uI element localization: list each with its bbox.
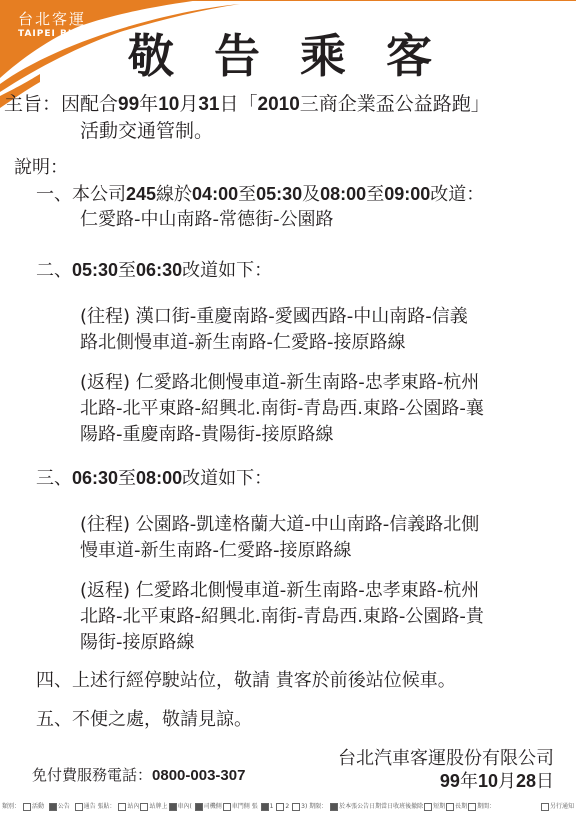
item-3-return-1: (返程) 仁愛路北側慢車道-新生南路-忠孝東路-杭州 <box>80 579 479 603</box>
strip-label: 司機側 <box>204 803 222 810</box>
taipei-bus-logo: 台北客運 TAIPEI BUS <box>18 10 86 40</box>
strip-label: 長期 <box>455 803 467 810</box>
item-number: 二、 <box>36 260 72 281</box>
item-5: 五、不便之處，敬請見諒。 <box>36 708 252 732</box>
subject-year: 99 <box>118 94 139 115</box>
item-text: 至 <box>118 468 136 489</box>
strip-label: 1 <box>270 803 274 810</box>
subject-text: 年 <box>139 93 158 115</box>
item-number: 三、 <box>36 468 72 489</box>
item-3: 三、06:30至08:00改道如下： <box>36 466 272 491</box>
time: 09:00 <box>384 184 430 204</box>
date-day: 28 <box>516 771 536 791</box>
explanation-label: 說明： <box>14 156 68 180</box>
checkbox-activity <box>23 803 31 811</box>
date-year: 99 <box>440 771 460 791</box>
item-text: 及 <box>302 184 320 205</box>
strip-label: 3) 期限： <box>301 803 327 810</box>
date-text: 日 <box>536 771 554 792</box>
checkbox-announcement <box>49 803 57 811</box>
item-1: 一、本公司245線於04:00至05:30及08:00至09:00改道： <box>36 182 484 207</box>
strip-label: 公告 <box>58 803 70 810</box>
subject-text: 月 <box>179 93 198 115</box>
strip-label: 另行通知 <box>550 803 574 810</box>
subject-day: 31 <box>198 94 219 115</box>
item-text: 至 <box>118 260 136 281</box>
strip-label: 期間： <box>477 803 495 810</box>
time: 08:00 <box>320 184 366 204</box>
item-number: 一、 <box>36 184 72 205</box>
item-text: 改道： <box>430 184 484 205</box>
checkbox-in-bus <box>169 803 177 811</box>
service-phone: 免付費服務電話：0800-003-307 <box>32 764 245 785</box>
item-text: 改道如下： <box>182 468 272 489</box>
time: 06:30 <box>136 260 182 280</box>
item-text: 至 <box>366 184 384 205</box>
logo-english: TAIPEI BUS <box>18 28 86 40</box>
time: 05:30 <box>256 184 302 204</box>
item-2-return-1: (返程) 仁愛路北側慢車道-新生南路-忠孝東路-杭州 <box>80 371 479 395</box>
date-text: 年 <box>460 771 478 792</box>
phone-label: 免付費服務電話： <box>32 766 152 784</box>
subject-line-2: 活動交通管制。 <box>80 119 213 143</box>
company-signature: 台北汽車客運股份有限公司 99年10月28日 <box>338 748 554 793</box>
notice-title: 敬告乘客 <box>128 28 472 84</box>
item-2-return-2: 北路-北平東路-紹興北.南街-青島西.東路-公園路-襄 <box>80 397 484 421</box>
item-text: 不便之處，敬請見諒。 <box>72 709 252 730</box>
subject-label: 主旨： <box>4 93 61 115</box>
checkbox-driver-side <box>195 803 203 811</box>
strip-label: 站牌上 <box>149 803 167 810</box>
company-name: 台北汽車客運股份有限公司 <box>338 748 554 770</box>
item-3-return-2: 北路-北平東路-紹興北.南街-青島西.東路-公園路-貴 <box>80 605 484 629</box>
item-2-return-3: 陽路-重慶南路-貴陽街-接原路線 <box>80 423 333 447</box>
logo-chinese: 台北客運 <box>18 10 86 28</box>
subject-text: 因配合 <box>61 93 118 115</box>
date-month: 10 <box>478 771 498 791</box>
until-further-notice: 另行通知 <box>540 801 574 811</box>
item-3-return-3: 陽街-接原路線 <box>80 631 195 655</box>
checkbox-further-notice <box>541 803 549 811</box>
item-1-route: 仁愛路-中山南路-常德街-公園路 <box>80 208 333 232</box>
checkbox-notice <box>75 803 83 811</box>
time: 05:30 <box>72 260 118 280</box>
item-4: 四、上述行經停駛站位，敬請 貴客於前後站位候車。 <box>36 669 456 693</box>
subject-line-1: 主旨：因配合99年10月31日「2010三商企業盃公益路跑」 <box>4 92 490 117</box>
event-name: 三商企業盃公益路跑」 <box>300 93 490 115</box>
classification-strip: 類別： 活動 公告 通告 張貼： 站內站牌上車內( 司機側車門側 張 1 2 3… <box>2 801 574 811</box>
checkbox-count-1 <box>261 803 269 811</box>
strip-label: 於本張公告日期當日收班後撤除 <box>339 803 423 810</box>
time: 04:00 <box>192 184 238 204</box>
checkbox-long-term <box>446 803 454 811</box>
strip-label: 短期 <box>433 803 445 810</box>
strip-label: 車門側 張 <box>232 803 258 810</box>
checkbox-on-sign <box>140 803 148 811</box>
route-number: 245 <box>126 184 156 204</box>
item-text: 線於 <box>156 184 192 205</box>
checkbox-short-term <box>424 803 432 811</box>
event-year: 2010 <box>258 94 300 115</box>
item-3-outbound-1: (往程) 公園路-凱達格蘭大道-中山南路-信義路北側 <box>80 513 479 537</box>
item-text: 本公司 <box>72 184 126 205</box>
checkbox-in-station <box>118 803 126 811</box>
subject-text: 日「 <box>219 93 257 115</box>
item-2: 二、05:30至06:30改道如下： <box>36 258 272 283</box>
strip-label: 活動 <box>32 803 44 810</box>
item-number: 五、 <box>36 709 72 730</box>
time: 06:30 <box>72 468 118 488</box>
checkbox-period <box>468 803 476 811</box>
checkbox-count-3 <box>292 803 300 811</box>
notice-date: 99年10月28日 <box>338 770 554 793</box>
strip-label: 站內 <box>127 803 139 810</box>
checkbox-door-side <box>223 803 231 811</box>
strip-label: 類別： <box>2 803 20 810</box>
item-3-outbound-2: 慢車道-新生南路-仁愛路-接原路線 <box>80 539 351 563</box>
item-2-outbound-2: 路北側慢車道-新生南路-仁愛路-接原路線 <box>80 331 405 355</box>
time: 08:00 <box>136 468 182 488</box>
date-text: 月 <box>498 771 516 792</box>
strip-label: 2 <box>285 803 289 810</box>
item-number: 四、 <box>36 670 72 691</box>
strip-label: 通告 張貼： <box>84 803 116 810</box>
item-text: 改道如下： <box>182 260 272 281</box>
phone-number: 0800-003-307 <box>152 767 245 784</box>
item-text: 至 <box>238 184 256 205</box>
checkbox-count-2 <box>276 803 284 811</box>
item-2-outbound-1: (往程) 漢口街-重慶南路-愛國西路-中山南路-信義 <box>80 305 468 329</box>
subject-month: 10 <box>158 94 179 115</box>
item-text: 上述行經停駛站位，敬請 貴客於前後站位候車。 <box>72 670 456 691</box>
checkbox-remove-after <box>330 803 338 811</box>
strip-label: 車內( <box>178 803 192 810</box>
